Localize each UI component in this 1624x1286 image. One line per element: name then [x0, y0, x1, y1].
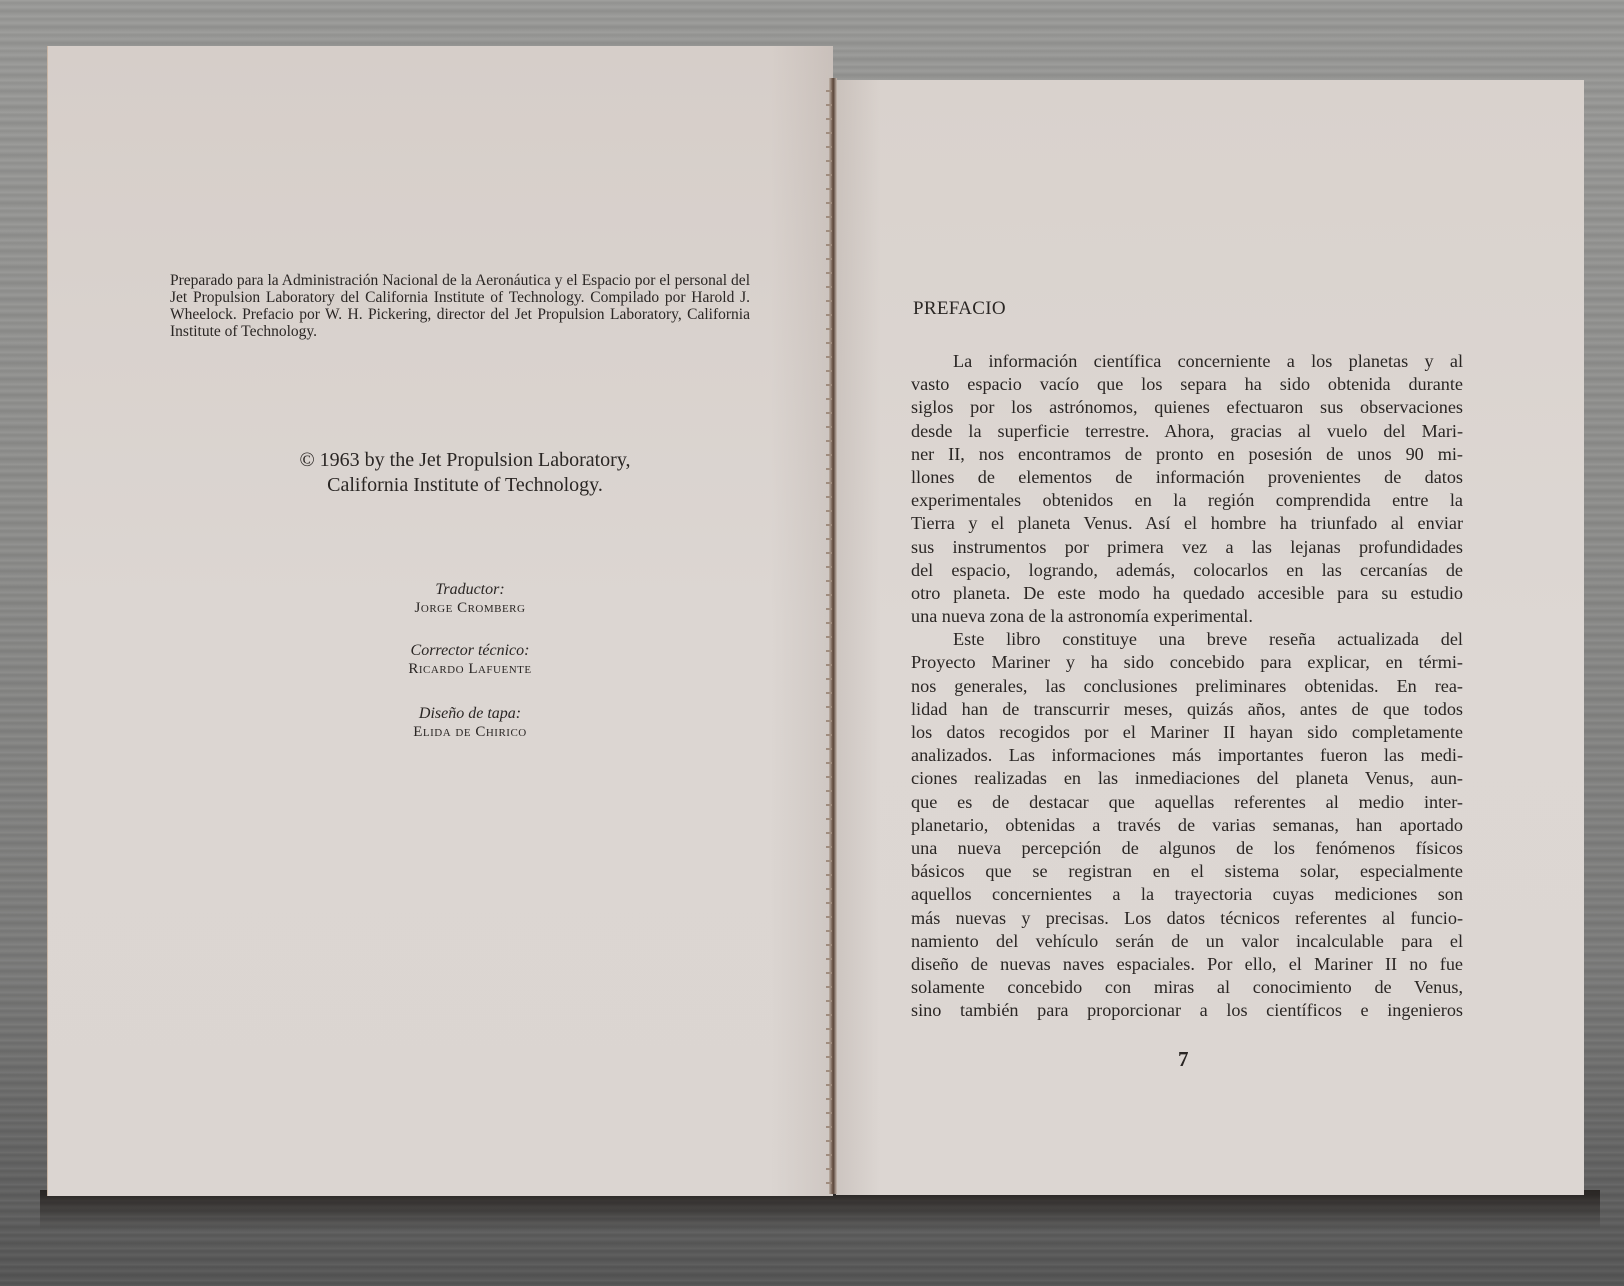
text-line: planetario, obtenidas a través de varias… [911, 814, 1463, 837]
stitch-mark [826, 538, 832, 540]
text-line: solamente concebido con miras al conocim… [911, 976, 1463, 999]
stitch-mark [826, 1140, 832, 1142]
stitch-mark [826, 426, 832, 428]
text-line: experimentales obtenidos en la región co… [911, 489, 1463, 512]
text-line: sus instrumentos por primera vez a las l… [911, 536, 1463, 559]
stitch-mark [826, 146, 832, 148]
text-line: sino también para proporcionar a los cie… [911, 999, 1463, 1022]
stitch-mark [826, 552, 832, 554]
stitch-mark [826, 958, 832, 960]
stitch-mark [826, 468, 832, 470]
preface-title: PREFACIO [913, 298, 1006, 320]
stitch-mark [826, 1042, 832, 1044]
stitch-mark [826, 846, 832, 848]
stitch-mark [826, 692, 832, 694]
text-line: aquellos concernientes a la trayectoria … [911, 883, 1463, 906]
stitch-mark [826, 818, 832, 820]
preface-body: La información científica concerniente a… [911, 350, 1463, 1022]
stitch-mark [826, 804, 832, 806]
stitch-mark [826, 1070, 832, 1072]
text-line: La información científica concerniente a… [911, 350, 1463, 373]
stitch-mark [826, 132, 832, 134]
stitch-mark [826, 916, 832, 918]
stitch-mark [826, 356, 832, 358]
stitch-mark [826, 202, 832, 204]
copyright-notice: © 1963 by the Jet Propulsion Laboratory,… [255, 448, 675, 498]
stitch-mark [826, 664, 832, 666]
text-line: ciones realizadas en las inmediaciones d… [911, 767, 1463, 790]
staff-technical-editor: Corrector técnico: Ricardo Lafuente [310, 641, 630, 678]
text-line: los datos recogidos por el Mariner II ha… [911, 721, 1463, 744]
copyright-line-1: © 1963 by the Jet Propulsion Laboratory, [255, 448, 675, 473]
stitch-mark [826, 1000, 832, 1002]
stitch-mark [826, 188, 832, 190]
stitch-mark [826, 986, 832, 988]
stitch-mark [826, 272, 832, 274]
stitch-mark [826, 1168, 832, 1170]
stitch-mark [826, 384, 832, 386]
text-line: más nuevas y precisas. Los datos técnico… [911, 907, 1463, 930]
stitch-mark [826, 972, 832, 974]
stitch-mark [826, 258, 832, 260]
stitch-mark [826, 342, 832, 344]
stitch-mark [826, 454, 832, 456]
text-line: ner II, nos encontramos de pronto en pos… [911, 443, 1463, 466]
stitch-mark [826, 762, 832, 764]
stitch-mark [826, 608, 832, 610]
stitch-mark [826, 174, 832, 176]
stitch-mark [826, 902, 832, 904]
stitch-mark [826, 1098, 832, 1100]
stitch-mark [826, 328, 832, 330]
copyright-line-2: California Institute of Technology. [255, 473, 675, 498]
staff-name: Elida de Chirico [310, 723, 630, 741]
stitch-mark [826, 160, 832, 162]
text-line: una nueva percepción de algunos de los f… [911, 837, 1463, 860]
stitch-mark [826, 720, 832, 722]
stitch-mark [826, 1182, 832, 1184]
text-line: namiento del vehículo serán de un valor … [911, 930, 1463, 953]
stitch-mark [826, 1084, 832, 1086]
stitch-mark [826, 104, 832, 106]
stitch-mark [826, 1028, 832, 1030]
text-line: vasto espacio vacío que los separa ha si… [911, 373, 1463, 396]
staff-name: Ricardo Lafuente [310, 660, 630, 678]
stitch-mark [826, 244, 832, 246]
stitch-mark [826, 874, 832, 876]
stitch-mark [826, 300, 832, 302]
text-line: nos generales, las conclusiones prelimin… [911, 675, 1463, 698]
stitch-mark [826, 440, 832, 442]
staff-role: Corrector técnico: [310, 641, 630, 660]
stitch-mark [826, 748, 832, 750]
stitch-mark [826, 930, 832, 932]
stitch-mark [826, 832, 832, 834]
stitch-mark [826, 636, 832, 638]
stitch-mark [826, 482, 832, 484]
stitch-mark [826, 412, 832, 414]
stitch-mark [826, 650, 832, 652]
stitch-mark [826, 594, 832, 596]
staff-role: Diseño de tapa: [310, 704, 630, 723]
text-line: Proyecto Mariner y ha sido concebido par… [911, 651, 1463, 674]
text-line: Tierra y el planeta Venus. Así el hombre… [911, 512, 1463, 535]
staff-name: Jorge Cromberg [310, 599, 630, 617]
stitch-mark [826, 790, 832, 792]
table-shadow [40, 1190, 1600, 1230]
stitch-mark [826, 860, 832, 862]
text-line: desde la superficie terrestre. Ahora, gr… [911, 420, 1463, 443]
stitch-mark [826, 118, 832, 120]
stitch-mark [826, 496, 832, 498]
stitch-mark [826, 734, 832, 736]
stitch-mark [826, 1014, 832, 1016]
stitch-mark [826, 286, 832, 288]
page-number: 7 [1178, 1047, 1189, 1072]
left-page [48, 46, 833, 1196]
text-line: que es de destacar que aquellas referent… [911, 791, 1463, 814]
text-line: llones de elementos de información prove… [911, 466, 1463, 489]
credits-paragraph: Preparado para la Administración Naciona… [170, 272, 750, 340]
text-line: del espacio, logrando, además, colocarlo… [911, 559, 1463, 582]
stitch-mark [826, 216, 832, 218]
stitch-mark [826, 510, 832, 512]
text-line: Este libro constituye una breve reseña a… [911, 628, 1463, 651]
stitch-mark [826, 230, 832, 232]
stitch-mark [826, 1056, 832, 1058]
text-line: lidad han de transcurrir meses, quizás a… [911, 698, 1463, 721]
stitch-mark [826, 90, 832, 92]
stitch-mark [826, 314, 832, 316]
text-line: otro planeta. De este modo ha quedado ac… [911, 582, 1463, 605]
text-line: diseño de nuevas naves espaciales. Por e… [911, 953, 1463, 976]
staff-role: Traductor: [310, 580, 630, 599]
staff-cover-design: Diseño de tapa: Elida de Chirico [310, 704, 630, 741]
stitch-mark [826, 524, 832, 526]
text-line: una nueva zona de la astronomía experime… [911, 605, 1463, 628]
stitch-mark [826, 566, 832, 568]
stitch-mark [826, 398, 832, 400]
text-line: analizados. Las informaciones más import… [911, 744, 1463, 767]
stitch-mark [826, 678, 832, 680]
stitch-mark [826, 580, 832, 582]
text-line: siglos por los astrónomos, quienes efect… [911, 396, 1463, 419]
stitch-mark [826, 776, 832, 778]
stitch-mark [826, 370, 832, 372]
stitch-mark [826, 888, 832, 890]
stitch-mark [826, 944, 832, 946]
stitch-mark [826, 1154, 832, 1156]
text-line: básicos que se registran en el sistema s… [911, 860, 1463, 883]
stitch-mark [826, 1112, 832, 1114]
stitch-mark [826, 1126, 832, 1128]
staff-translator: Traductor: Jorge Cromberg [310, 580, 630, 617]
stitch-mark [826, 622, 832, 624]
stitch-mark [826, 706, 832, 708]
